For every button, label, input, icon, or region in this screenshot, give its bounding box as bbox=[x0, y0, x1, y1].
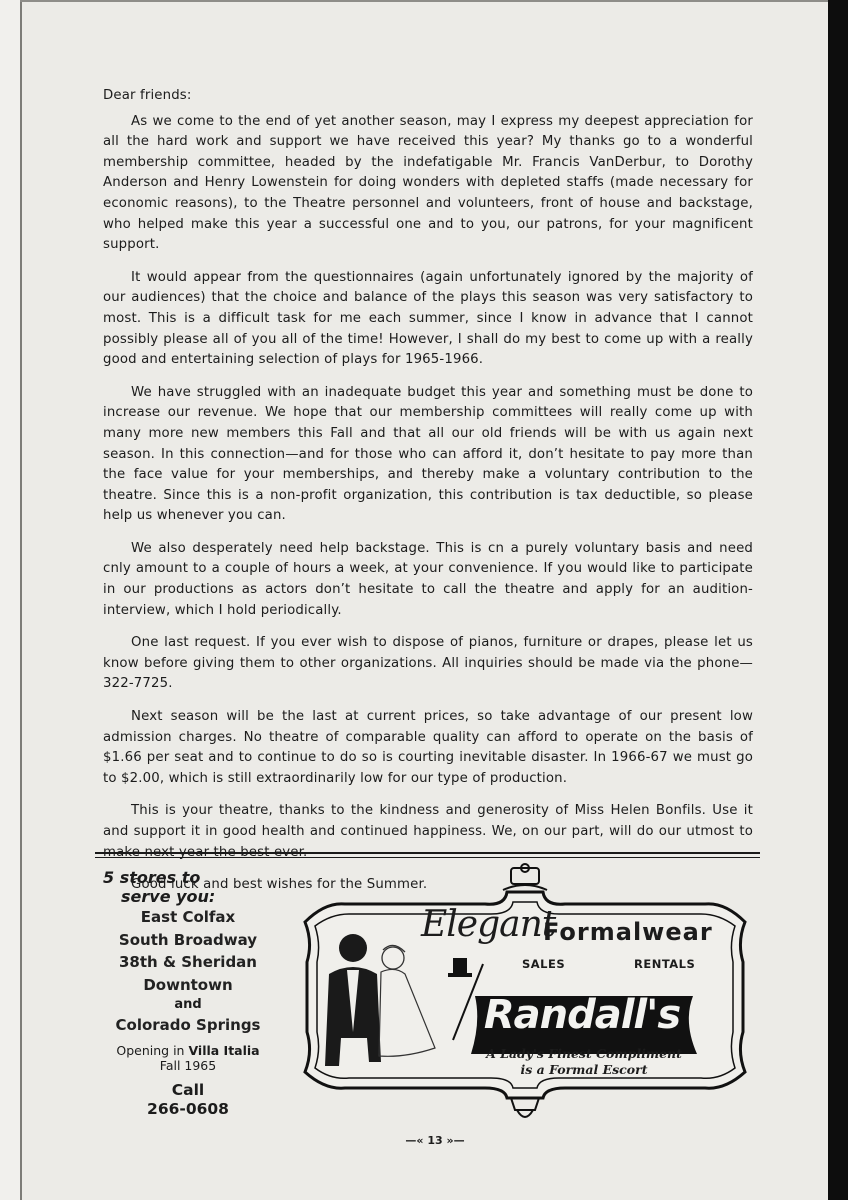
ad-divider-thick bbox=[95, 852, 760, 854]
store-location: Downtown bbox=[103, 974, 273, 997]
letter-body: Dear friends: As we come to the end of y… bbox=[103, 86, 753, 950]
top-finial-icon bbox=[503, 864, 547, 890]
paragraph-budget: We have struggled with an inadequate bud… bbox=[103, 383, 753, 527]
ornament-left-icon: —« bbox=[405, 1134, 423, 1147]
salutation: Dear friends: bbox=[103, 86, 753, 107]
paragraph-backstage: We also desperately need help backstage.… bbox=[103, 539, 753, 621]
opening-notice: Opening in Villa Italia Fall 1965 bbox=[103, 1043, 273, 1073]
ad-service-sales: SALES bbox=[522, 957, 565, 971]
ad-tagline-1: A Lady's Finest Compliment bbox=[479, 1046, 689, 1062]
store-location: South Broadway bbox=[103, 929, 273, 952]
ad-tagline: A Lady's Finest Compliment is a Formal E… bbox=[479, 1046, 689, 1078]
scan-dark-edge bbox=[828, 0, 848, 1200]
ad-service-rentals: RENTALS bbox=[634, 957, 695, 971]
bottom-finial-icon bbox=[511, 1098, 539, 1117]
store-list: 5 stores to serve you: East Colfax South… bbox=[103, 868, 273, 1119]
call-block: Call 266-0608 bbox=[103, 1081, 273, 1119]
ornament-right-icon: »— bbox=[447, 1134, 465, 1147]
ad-brand-name: Randall's bbox=[482, 992, 682, 1038]
page-number: —« 13 »— bbox=[395, 1134, 475, 1147]
store-location: East Colfax bbox=[103, 906, 273, 929]
paragraph-prices: Next season will be the last at current … bbox=[103, 707, 753, 789]
store-location: Colorado Springs bbox=[103, 1014, 273, 1037]
store-phone: 266-0608 bbox=[103, 1100, 273, 1119]
stores-headline-1: 5 stores to bbox=[103, 868, 273, 887]
call-label: Call bbox=[103, 1081, 273, 1100]
paragraph-appreciation: As we come to the end of yet another sea… bbox=[103, 112, 753, 256]
paragraph-last-request: One last request. If you ever wish to di… bbox=[103, 633, 753, 695]
store-location: 38th & Sheridan bbox=[103, 951, 273, 974]
stores-conjunction: and bbox=[103, 996, 273, 1014]
stores-headline-2: serve you: bbox=[103, 887, 273, 906]
paragraph-questionnaires: It would appear from the questionnaires … bbox=[103, 268, 753, 371]
opening-place: Villa Italia bbox=[188, 1043, 259, 1058]
opening-prefix: Opening in bbox=[116, 1043, 184, 1058]
opening-date: Fall 1965 bbox=[160, 1058, 216, 1073]
ad-tagline-2: is a Formal Escort bbox=[479, 1062, 689, 1078]
ad-script-word: Elegant bbox=[421, 904, 555, 945]
randalls-ad: Elegant Formalwear SALES RENTALS Randall… bbox=[285, 862, 765, 1124]
ad-divider-thin bbox=[95, 857, 760, 858]
page-number-value: 13 bbox=[427, 1134, 442, 1147]
ad-product: Formalwear bbox=[543, 918, 713, 946]
